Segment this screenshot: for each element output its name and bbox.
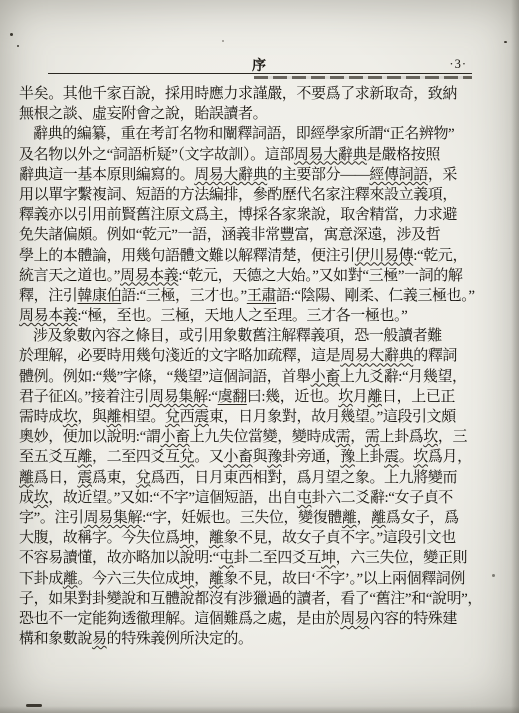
book-title-mark: 周易大辭典 <box>294 147 367 163</box>
proper-name-mark: 韓康伯 <box>77 288 121 304</box>
text-run: :“極，至也。三極，天地人之至理。三才各一極也。” <box>77 308 407 324</box>
text-run: 是嚴格按照 <box>367 147 440 163</box>
book-title-mark: 需 <box>365 429 380 445</box>
text-run: 東，日月象對，故月幾望。”這段引文頗 <box>209 409 456 425</box>
text-run: ，二至四爻互 <box>92 449 180 465</box>
book-title-mark: 周易集解 <box>84 510 142 526</box>
text-run: 字”。注引 <box>19 510 84 526</box>
text-line: 及名物以外之“詞語析疑”（文字故訓）。這部周易大辭典是嚴格按照 <box>19 145 489 165</box>
text-line: 恐也不一定能夠透徹理解。這個難爲之處，是由於周易內容的特殊建 <box>19 609 489 629</box>
book-title-mark: 豫 <box>267 449 282 465</box>
book-title-mark: 離 <box>209 571 224 587</box>
text-run: 涉及象數內容之條目，或引用象數舊注解釋義項，恐一般讀者難 <box>33 328 442 344</box>
text-run: 日，上已正 <box>382 389 455 405</box>
text-run: 奧妙，便加以說明:“謂 <box>19 429 160 445</box>
text-line: 涉及象數內容之條目，或引用象數舊注解釋義項，恐一般讀者難 <box>19 326 489 346</box>
book-title-mark: 坤 <box>180 530 195 546</box>
text-run: 至五爻互 <box>19 449 77 465</box>
book-title-mark: 小畜 <box>223 449 252 465</box>
text-run: 不容易讀懂，故亦略加以說明:“ <box>19 550 219 566</box>
book-title-mark: 經傳詞語 <box>369 167 427 183</box>
book-title-mark: 離 <box>19 470 34 486</box>
book-title-mark: 豫 <box>340 449 355 465</box>
text-run: 需時成 <box>19 409 63 425</box>
text-line: 免失諸偏頗。例如“乾元”一語，涵義非常豐富，寓意深遠，涉及哲 <box>19 225 489 245</box>
book-title-mark: 離 <box>63 571 78 587</box>
text-run: 卦旁通， <box>282 449 340 465</box>
book-title-mark: 離 <box>209 530 224 546</box>
book-title-mark: 兌 <box>180 449 195 465</box>
text-run: ，三 <box>438 429 467 445</box>
text-run: 。今六三失位成 <box>77 571 179 587</box>
page-number: ·3· <box>449 57 467 72</box>
book-title-mark: 震 <box>194 409 209 425</box>
book-title-mark: 小畜 <box>311 369 340 385</box>
text-run: 的特殊義例所決定的。 <box>107 631 253 647</box>
text-run: 君子征凶。”接着注引 <box>19 389 149 405</box>
book-title-mark: 屯 <box>297 490 312 506</box>
text-run: 爲東， <box>92 470 136 486</box>
text-run: 無根之談、虛妄附會之說，貽誤讀者。 <box>19 106 267 122</box>
book-title-mark: 震 <box>77 470 92 486</box>
text-line: 至五爻互離，二至四爻互兌。又小畜與豫卦旁通，豫上卦震。坎爲月， <box>19 447 489 467</box>
book-title-mark: 易 <box>92 631 107 647</box>
text-line: 字”。注引周易集解:“字，妊娠也。三失位，變復體離，離爲女子，爲 <box>19 508 489 528</box>
book-title-mark: 坎 <box>34 490 49 506</box>
text-run: 成 <box>19 490 34 506</box>
book-title-mark: 伊川易傳 <box>355 248 413 264</box>
text-run: 恐也不一定能夠透徹理解。這個難爲之處，是由於 <box>19 611 340 627</box>
scan-speck <box>17 45 19 47</box>
text-run: 爲西，日月東西相對，爲月望之象。上九將變而 <box>150 470 457 486</box>
text-line: 構和象數說易的特殊義例所決定的。 <box>19 629 489 649</box>
text-run: 釋，注引 <box>19 288 77 304</box>
text-run: ， <box>194 530 209 546</box>
text-run: 爲月， <box>428 449 472 465</box>
text-run: 內容的特殊建 <box>369 611 457 627</box>
scan-speck <box>504 41 507 43</box>
text-run: 。又 <box>194 449 223 465</box>
text-run: 構和象數說 <box>19 631 92 647</box>
scan-speck <box>492 574 495 577</box>
book-title-mark: 震 <box>384 449 399 465</box>
proper-name-mark: 王肅 <box>247 288 276 304</box>
text-run: 辭典這一基本原則編寫的。 <box>19 167 194 183</box>
book-title-mark: 兌 <box>136 470 151 486</box>
text-run: :“字，妊娠也。三失位，變復體 <box>142 510 342 526</box>
book-title-mark: 周易本義 <box>19 308 77 324</box>
book-title-mark: 離 <box>371 510 386 526</box>
book-title-mark: 離 <box>367 389 382 405</box>
header-rule-artifact <box>254 76 472 79</box>
book-title-mark: 周易集解 <box>149 389 207 405</box>
book-title-mark: 周易本義 <box>120 268 178 284</box>
text-line: 大腹，故稱字。今失位爲坤，離象不見，故女子貞不字。”這段引文也 <box>19 528 489 548</box>
text-run: 半矣。其他千家百說，採用時應力求謹嚴，不要爲了求新取奇，致納 <box>19 86 457 102</box>
book-title-mark: 兌 <box>165 409 180 425</box>
book-title-mark: 離 <box>107 409 122 425</box>
scanned-page: 序 ·3· 半矣。其他千家百說，採用時應力求謹嚴，不要爲了求新取奇，致納無根之談… <box>0 0 519 713</box>
book-title-mark: 坎 <box>63 409 78 425</box>
book-title-mark: 坤 <box>180 571 195 587</box>
text-line: 離爲日，震爲東，兌爲西，日月東西相對，爲月望之象。上九將變而 <box>19 468 489 488</box>
text-run: 卦二至四爻互 <box>233 550 321 566</box>
text-run: 上九爻辭:“月幾望， <box>340 369 467 385</box>
text-run: 的主要部分—— <box>267 167 369 183</box>
text-run: 曰:幾，近也。 <box>247 389 338 405</box>
text-block: 半矣。其他千家百說，採用時應力求謹嚴，不要爲了求新取奇，致納無根之談、虛妄附會之… <box>19 84 489 649</box>
scan-speck <box>222 40 224 42</box>
header-rule <box>48 73 472 74</box>
text-run: 爲日， <box>34 470 78 486</box>
book-title-mark: 坎 <box>338 389 353 405</box>
text-line: 學上的本體論，用幾句語體文難以解釋清楚，便注引伊川易傳:“乾元， <box>19 246 489 266</box>
text-run: 釋義亦以引用前賢舊注原文爲主，博採各家衆說，取舍精當，力求避 <box>19 207 457 223</box>
text-run: 統言天之道也。” <box>19 268 120 284</box>
text-run: 免失諸偏頗。例如“乾元”一語，涵義非常豐富，寓意深遠，涉及哲 <box>19 227 440 243</box>
text-run: 於理解，必要時用幾句淺近的文字略加疏釋，這是 <box>19 348 340 364</box>
text-run: ，與 <box>77 409 106 425</box>
text-line: 統言天之道也。”周易本義:“乾元，天德之大始。”又如對“三極”一詞的解 <box>19 266 489 286</box>
book-title-mark: 周易大辭典 <box>194 167 267 183</box>
text-line: 辭典的編纂，重在考訂名物和闡釋詞語，即經學家所謂“正名辨物” <box>19 124 489 144</box>
text-line: 體例。例如:“幾”字條，“幾望”這個詞語，首舉小畜上九爻辭:“月幾望， <box>19 367 489 387</box>
book-title-mark: 屯 <box>219 550 234 566</box>
page-header-title: 序 <box>0 55 519 75</box>
text-line: 成坎，故近望。”又如:“不字”這個短語，出自屯卦六二爻辭:“女子貞不 <box>19 488 489 508</box>
text-line: 周易本義:“極，至也。三極，天地人之至理。三才各一極也。” <box>19 306 489 326</box>
scan-edge-shadow <box>511 0 519 713</box>
text-line: 無根之談、虛妄附會之說，貽誤讀者。 <box>19 104 489 124</box>
text-run: 相望。 <box>121 409 165 425</box>
text-run: 語:“陰陽、剛柔、仁義三極也。” <box>276 288 475 304</box>
text-line: 用以單字繫複詞、短語的方法編排，參酌歷代名家注釋來設立義項， <box>19 185 489 205</box>
book-title-mark: 坎 <box>413 449 428 465</box>
text-line: 釋義亦以引用前賢舊注原文爲主，博採各家衆說，取舍精當，力求避 <box>19 205 489 225</box>
text-run: 與 <box>253 449 268 465</box>
text-run: 學上的本體論，用幾句語體文難以解釋清楚，便注引 <box>19 248 355 264</box>
book-title-mark: 周易 <box>340 611 369 627</box>
book-title-mark: 周易大辭典 <box>340 348 413 364</box>
text-run: 爲女子，爲 <box>386 510 459 526</box>
text-run: 月 <box>353 389 368 405</box>
text-run: 的釋詞 <box>413 348 457 364</box>
scan-bottom-shadow <box>0 706 519 713</box>
text-run: :“乾元， <box>413 248 467 264</box>
text-run: 卦六二爻辭:“女子貞不 <box>311 490 452 506</box>
text-line: 不容易讀懂，故亦略加以說明:“屯卦二至四爻互坤，六三失位，變正則 <box>19 548 489 568</box>
text-line: 下卦成離。今六三失位成坤，離象不見，故曰‘不字’。”以上兩個釋詞例 <box>19 569 489 589</box>
text-run: 大腹，故稱字。今失位爲 <box>19 530 180 546</box>
book-title-mark: 坤 <box>321 550 336 566</box>
text-run: ，采 <box>428 167 457 183</box>
text-run: 上九失位當變，變時成 <box>190 429 336 445</box>
text-run: :“ <box>208 389 218 405</box>
book-title-mark: 小畜 <box>160 429 189 445</box>
text-run: 。 <box>399 449 414 465</box>
text-run: ，故近望。”又如:“不字”這個短語，出自 <box>48 490 297 506</box>
text-line: 需時成坎，與離相望。兌西震東，日月象對，故月幾望。”這段引文頗 <box>19 407 489 427</box>
text-line: 辭典這一基本原則編寫的。周易大辭典的主要部分——經傳詞語，采 <box>19 165 489 185</box>
text-run: 用以單字繫複詞、短語的方法編排，參酌歷代名家注釋來設立義項， <box>19 187 457 203</box>
text-run: 體例。例如:“幾”字條，“幾望”這個詞語，首舉 <box>19 369 311 385</box>
text-run: 子，如果對卦變說和互體說都沒有涉獵過的讀者，看了“舊注”和“說明”， <box>19 591 482 607</box>
text-run: 辭典的編纂，重在考訂名物和闡釋詞語，即經學家所謂“正名辨物” <box>33 126 454 142</box>
text-line: 半矣。其他千家百說，採用時應力求謹嚴，不要爲了求新取奇，致納 <box>19 84 489 104</box>
text-run: 西 <box>180 409 195 425</box>
text-run: ， <box>357 510 372 526</box>
text-run: ， <box>194 571 209 587</box>
book-title-mark: 需 <box>336 429 351 445</box>
book-title-mark: 離 <box>342 510 357 526</box>
book-title-mark: 離 <box>77 449 92 465</box>
text-run: 上卦 <box>355 449 384 465</box>
text-run: ， <box>350 429 365 445</box>
proper-name-mark: 虞翻 <box>218 389 247 405</box>
book-title-mark: 坎 <box>423 429 438 445</box>
text-run: :“乾元，天德之大始。”又如對“三極”一詞的解 <box>178 268 462 284</box>
text-run: 象不見，故曰‘不字’。”以上兩個釋詞例 <box>223 571 465 587</box>
text-line: 奧妙，便加以說明:“謂小畜上九失位當變，變時成需，需上卦爲坎，三 <box>19 427 489 447</box>
scan-speck <box>10 33 13 36</box>
text-run: 下卦成 <box>19 571 63 587</box>
text-run: 上卦爲 <box>379 429 423 445</box>
text-run: 語:“三極，三才也。” <box>121 288 247 304</box>
text-line: 君子征凶。”接着注引周易集解:“虞翻曰:幾，近也。坎月離日，上已正 <box>19 387 489 407</box>
text-line: 子，如果對卦變說和互體說都沒有涉獵過的讀者，看了“舊注”和“說明”， <box>19 589 489 609</box>
text-run: ，六三失位，變正則 <box>336 550 467 566</box>
text-line: 釋，注引韓康伯語:“三極，三才也。”王肅語:“陰陽、剛柔、仁義三極也。” <box>19 286 489 306</box>
text-run: 象不見，故女子貞不字。”這段引文也 <box>223 530 455 546</box>
text-run: 及名物以外之“詞語析疑”（文字故訓）。這部 <box>19 147 294 163</box>
text-line: 於理解，必要時用幾句淺近的文字略加疏釋，這是周易大辭典的釋詞 <box>19 346 489 366</box>
